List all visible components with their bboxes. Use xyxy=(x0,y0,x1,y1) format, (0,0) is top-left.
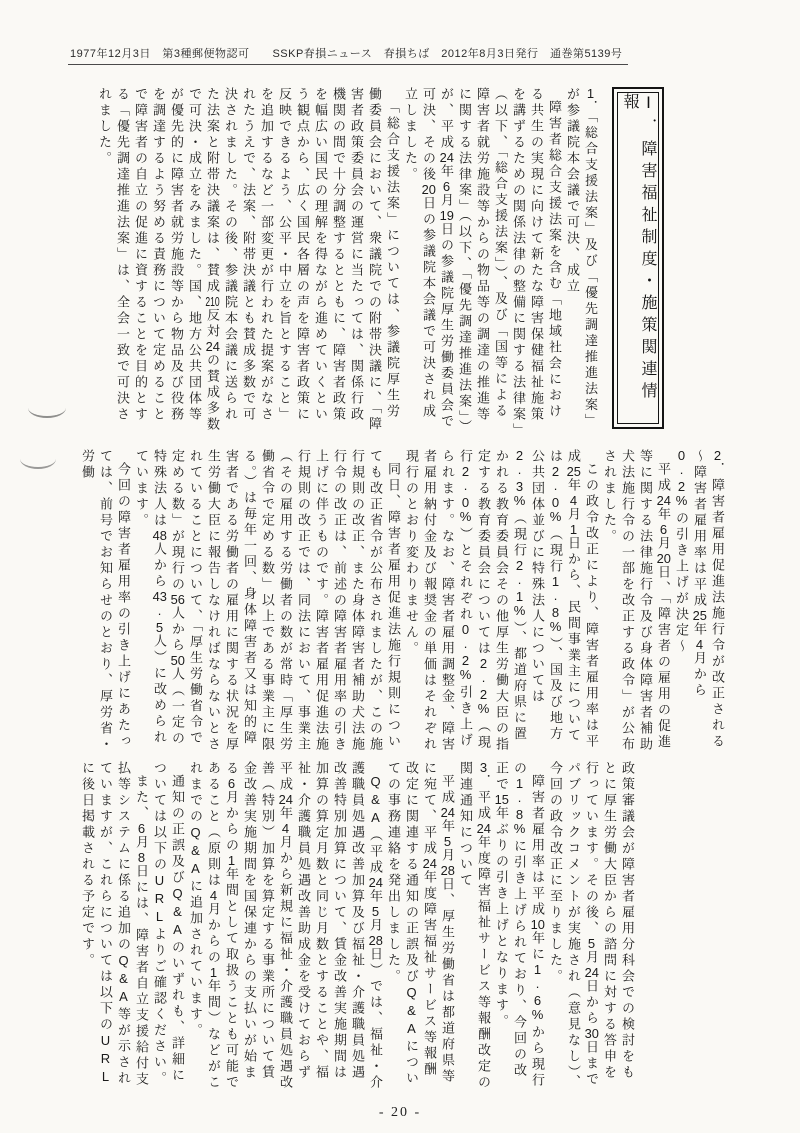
section-2-paragraph: この政令改正により、障害者雇用率は平成25年4月1日から、民間事業主については2… xyxy=(402,449,600,755)
section-1-paragraph: 障害者総合支援法案を含む「地域社会における共生の実現に向けて新たな障害保健福祉施… xyxy=(401,87,563,435)
header-issue-line: 1977年12月3日 第3種郵便物認可 SSKP脊損ニュース 脊損ちば 2012… xyxy=(68,45,628,65)
page-header: 1977年12月3日 第3種郵便物認可 SSKP脊損ニュース 脊損ちば 2012… xyxy=(0,0,800,65)
section-2-paragraph: 同日、障害者雇用促進法施行規則についても改正省令が公布されましたが、この施行規則… xyxy=(132,449,402,755)
section-2-paragraph-continued: 政策審議会が障害者雇用分科会での検討をもとに厚生労働大臣からの諮問に対する答申を… xyxy=(546,761,636,1093)
scan-artifact-curve xyxy=(28,398,66,418)
section-2-paragraph: 今回の障害者雇用率の引き上げにあたっては、前号でお知らせのとおり、厚労省・労働 xyxy=(78,449,132,755)
section-3-band: 政策審議会が障害者雇用分科会での検討をもとに厚生労働大臣からの諮問に対する答申を… xyxy=(78,761,636,1093)
section-3-paragraph: 平成24年5月28日、厚生労働省は都道府県等に宛て、平成24年度障害福祉サービス… xyxy=(384,761,456,1093)
section-3-paragraph: Q&A（平成24年5月28日）では、福祉・介護職員処遇改善加算及び福祉・介護職員… xyxy=(186,761,384,1093)
document-page: 1977年12月3日 第3種郵便物認可 SSKP脊損ニュース 脊損ちば 2012… xyxy=(0,0,800,1133)
section-1-band: Ⅰ．障害福祉制度・施策関連情報 1．「総合支援法案」及び「優先調達推進法案」が参… xyxy=(95,87,664,435)
section-2-paragraph-continued: 障害者雇用率は平成10年に1.6%から現行の1.8%に引き上げられており、今回の… xyxy=(492,761,546,1093)
section-2-band: 2．障害者雇用促進法施行令が改正される 〜障害者雇用率は平成25年4月から0.2… xyxy=(78,449,726,755)
chapter-title-box: Ⅰ．障害福祉制度・施策関連情報 xyxy=(612,87,664,429)
section-2-paragraph: 平成24年6月20日、「障害者の雇用の促進等に関する法律施行令及び身体障害者補助… xyxy=(600,449,672,755)
section-1-paragraph: 「総合支援法案」については、参議院厚生労働委員会において、衆議院での附帯決議に、… xyxy=(95,87,401,435)
chapter-title-box-inner: Ⅰ．障害福祉制度・施策関連情報 xyxy=(617,92,659,424)
section-3-paragraph: 通知の正誤及びQ&Aのいずれも、詳細については以下のURLよりご確認ください。 xyxy=(150,761,186,1093)
section-3-heading: 3．平成24年度障害福祉サービス等報酬改定の関連通知について xyxy=(456,761,492,1093)
chapter-title: Ⅰ．障害福祉制度・施策関連情報 xyxy=(620,93,656,423)
scan-artifact-curve xyxy=(20,449,56,469)
section-2-subheading: 〜障害者雇用率は平成25年4月から0.2%の引き上げが決定〜 xyxy=(672,449,708,755)
section-1-heading: 1．「総合支援法案」及び「優先調達推進法案」が参議院本会議で可決、成立 xyxy=(563,87,599,435)
page-number: - 20 - xyxy=(0,1105,800,1121)
section-2-heading: 2．障害者雇用促進法施行令が改正される xyxy=(708,449,726,755)
section-3-paragraph: また、6月8日には、障害者自立支援給付支払等システムに係る追加のQ&A等が示され… xyxy=(78,761,150,1093)
